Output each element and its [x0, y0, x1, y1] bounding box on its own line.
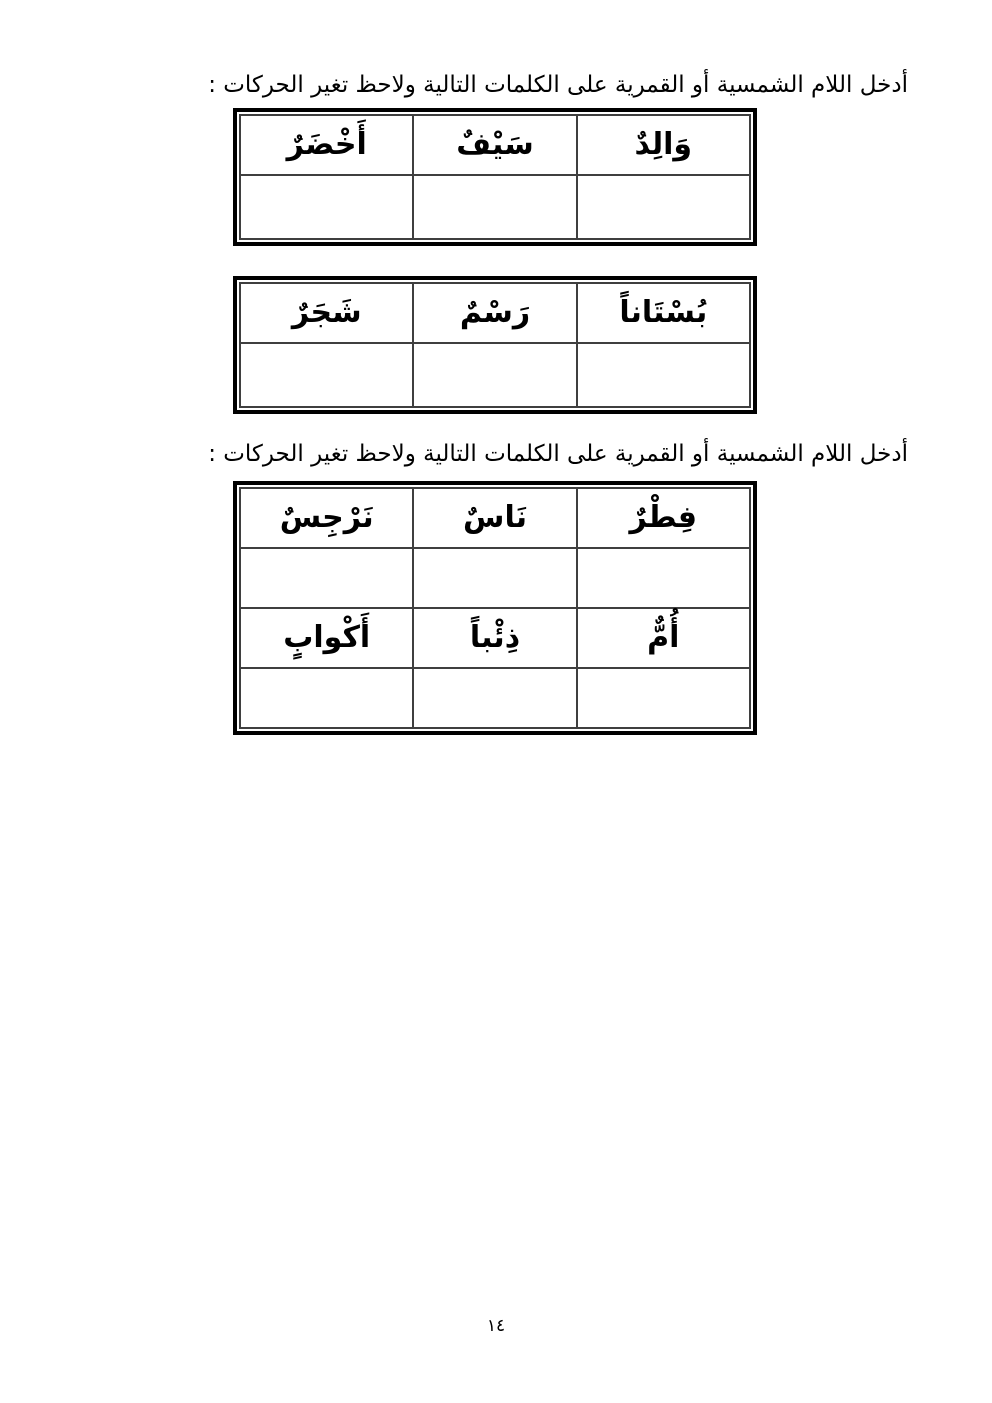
word-cell: أَكْوابٍ [240, 608, 413, 668]
answer-cell [577, 343, 750, 407]
answer-row [240, 548, 750, 608]
word-cell: شَجَرٌ [240, 283, 413, 343]
word-cell: أَخْضَرٌ [240, 115, 413, 175]
answer-cell [240, 343, 413, 407]
word-row: بُسْتَاناً رَسْمٌ شَجَرٌ [240, 283, 750, 343]
worksheet-page: { "page": { "number": "١٤" }, "sections"… [0, 0, 992, 1403]
word-table-3-grid: فِطْرٌ نَاسٌ نَرْجِسٌ أُمٌّ ذِئْباً أَكْ… [239, 487, 751, 729]
word-row: فِطْرٌ نَاسٌ نَرْجِسٌ [240, 488, 750, 548]
answer-cell [413, 343, 576, 407]
word-row: أُمٌّ ذِئْباً أَكْوابٍ [240, 608, 750, 668]
answer-cell [577, 548, 750, 608]
word-cell: رَسْمٌ [413, 283, 576, 343]
word-table-2: بُسْتَاناً رَسْمٌ شَجَرٌ [233, 276, 757, 414]
answer-cell [413, 668, 576, 728]
answer-cell [240, 668, 413, 728]
word-table-3: فِطْرٌ نَاسٌ نَرْجِسٌ أُمٌّ ذِئْباً أَكْ… [233, 481, 757, 735]
answer-row [240, 343, 750, 407]
answer-cell [240, 548, 413, 608]
word-cell: سَيْفٌ [413, 115, 576, 175]
word-cell: ذِئْباً [413, 608, 576, 668]
word-row: وَالِدٌ سَيْفٌ أَخْضَرٌ [240, 115, 750, 175]
answer-cell [413, 548, 576, 608]
answer-row [240, 175, 750, 239]
word-cell: نَاسٌ [413, 488, 576, 548]
answer-cell [240, 175, 413, 239]
word-cell: بُسْتَاناً [577, 283, 750, 343]
word-cell: فِطْرٌ [577, 488, 750, 548]
page-number: ١٤ [0, 1316, 992, 1336]
word-table-1: وَالِدٌ سَيْفٌ أَخْضَرٌ [233, 108, 757, 246]
word-table-1-grid: وَالِدٌ سَيْفٌ أَخْضَرٌ [239, 114, 751, 240]
word-cell: وَالِدٌ [577, 115, 750, 175]
instruction-text-2: أدخل اللام الشمسية أو القمرية على الكلما… [208, 441, 908, 467]
instruction-text-1: أدخل اللام الشمسية أو القمرية على الكلما… [208, 72, 908, 98]
word-cell: أُمٌّ [577, 608, 750, 668]
answer-cell [577, 175, 750, 239]
answer-cell [413, 175, 576, 239]
answer-cell [577, 668, 750, 728]
word-cell: نَرْجِسٌ [240, 488, 413, 548]
answer-row [240, 668, 750, 728]
word-table-2-grid: بُسْتَاناً رَسْمٌ شَجَرٌ [239, 282, 751, 408]
